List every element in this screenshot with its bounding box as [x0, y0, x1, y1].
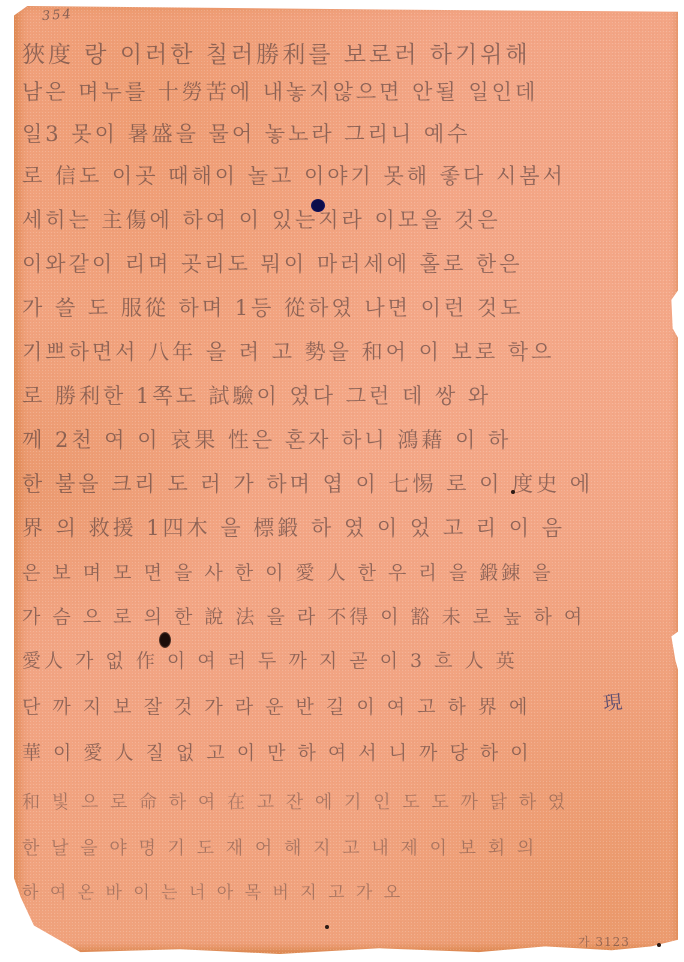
- text-line: 은 보 며 모 면 을 사 한 이 愛 人 한 우 리 을 鍛錬 을: [22, 558, 554, 585]
- archive-number: 가 3123: [578, 933, 630, 950]
- text-line: 愛人 가 없 作 이 여 러 두 까 지 곧 이 3 흐 人 英: [22, 646, 518, 673]
- text-line: 로 勝利한 1쪽도 試驗이 였다 그런 데 쌍 와: [22, 380, 491, 410]
- text-line: 狹度 랑 이러한 칠러勝利를 보로러 하기위해: [22, 36, 531, 69]
- text-line: 로 信도 이곳 때해이 놀고 이야기 못해 좋다 시봄서: [22, 160, 566, 190]
- text-line: 한 날 을 야 명 기 도 재 어 해 지 고 내 제 이 보 회 의: [22, 834, 537, 860]
- text-line: 가 슴 으 로 의 한 說 法 을 라 不得 이 豁 未 로 높 하 여: [22, 602, 585, 629]
- page-number: 354: [42, 7, 74, 24]
- text-line: 華 이 愛 人 질 없 고 이 만 하 여 서 니 까 당 하 이: [22, 738, 532, 765]
- text-line: 단 까 지 보 잘 것 가 라 운 반 길 이 여 고 하 界 에: [22, 692, 530, 719]
- text-line: 하 여 온 바 이 는 너 아 목 버 지 고 가 오: [22, 878, 403, 903]
- text-line: 이와같이 리며 곳리도 뭐이 마러세에 홀로 한은: [22, 248, 522, 278]
- text-line: 한 불을 크리 도 러 가 하며 엽 이 七惕 로 이 度史 에: [22, 468, 593, 498]
- text-line: 일3 못이 暑盛을 물어 놓노라 그리니 예수: [22, 118, 470, 148]
- margin-annotation: 現: [602, 687, 624, 716]
- ink-blot: [159, 632, 171, 648]
- text-line: 기쁘하면서 八年 을 려 고 勢을 和어 이 보로 학으: [22, 336, 554, 366]
- ink-speck: [657, 943, 661, 947]
- text-line: 남은 며누를 十勞苦에 내놓지않으면 안될 일인데: [22, 76, 538, 106]
- text-line: 가 쓸 도 服從 하며 1등 從하였 나면 이런 것도: [22, 292, 523, 322]
- text-line: 和 빛 으 로 命 하 여 在 고 잔 에 기 인 도 도 까 닭 하 였: [22, 788, 568, 814]
- ink-speck: [511, 490, 515, 494]
- ink-blot: [311, 199, 325, 212]
- text-line: 세히는 主傷에 하여 이 있는지라 이모을 것은: [22, 204, 501, 234]
- ink-speck: [325, 925, 329, 929]
- text-line: 界 의 救援 1四木 을 標鍛 하 였 이 었 고 리 이 음: [22, 512, 565, 542]
- text-line: 께 2천 여 이 哀果 性은 혼자 하니 鴻藉 이 하: [22, 424, 511, 454]
